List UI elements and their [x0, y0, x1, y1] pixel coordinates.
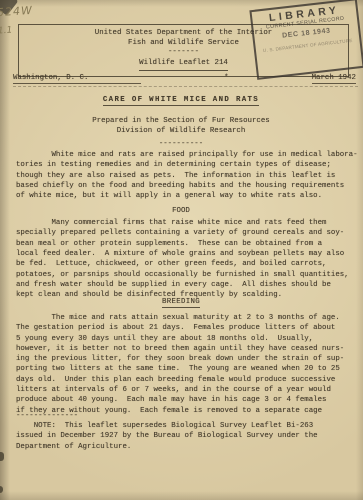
- subtitle-line-2: Division of Wildlife Research: [16, 126, 346, 136]
- document-title: CARE OF WHITE MICE AND RATS: [16, 96, 346, 104]
- footnote-divider: --------------: [16, 412, 78, 420]
- section-heading-breeding: BREEDING: [16, 298, 346, 306]
- masthead-leaflet-number: Wildlife Leaflet 214: [139, 59, 228, 71]
- library-stamp: LIBRARY CURRENT SERIAL RECORD DEC 18 194…: [249, 0, 363, 80]
- pencil-call-number: 524W: [0, 4, 33, 19]
- dateline-row: Washington, D. C. * March 1942: [13, 74, 358, 84]
- section-heading-food: FOOD: [16, 207, 346, 215]
- intro-paragraph: White mice and rats are raised principal…: [16, 150, 358, 202]
- subtitle-line-1: Prepared in the Section of Fur Resources: [16, 116, 346, 126]
- pencil-annotation: 1.1: [0, 26, 13, 37]
- footnote-text: NOTE: This leaflet supersedes Biological…: [16, 421, 318, 452]
- paper-edge-nick: [0, 452, 4, 461]
- document-subtitle: Prepared in the Section of Fur Resources…: [16, 116, 346, 137]
- dateline-star: *: [224, 74, 228, 82]
- food-paragraph: Many commercial firms that raise white m…: [16, 218, 349, 301]
- dateline-place: Washington, D. C.: [13, 74, 141, 84]
- scanned-leaflet-page: 524W 1.1 LIBRARY CURRENT SERIAL RECORD D…: [0, 0, 363, 500]
- paper-edge-nick: [0, 486, 3, 493]
- dateline-date: March 1942: [312, 74, 356, 84]
- breeding-paragraph: The mice and rats attain sexual maturity…: [16, 313, 344, 416]
- title-divider: ----------: [16, 140, 346, 148]
